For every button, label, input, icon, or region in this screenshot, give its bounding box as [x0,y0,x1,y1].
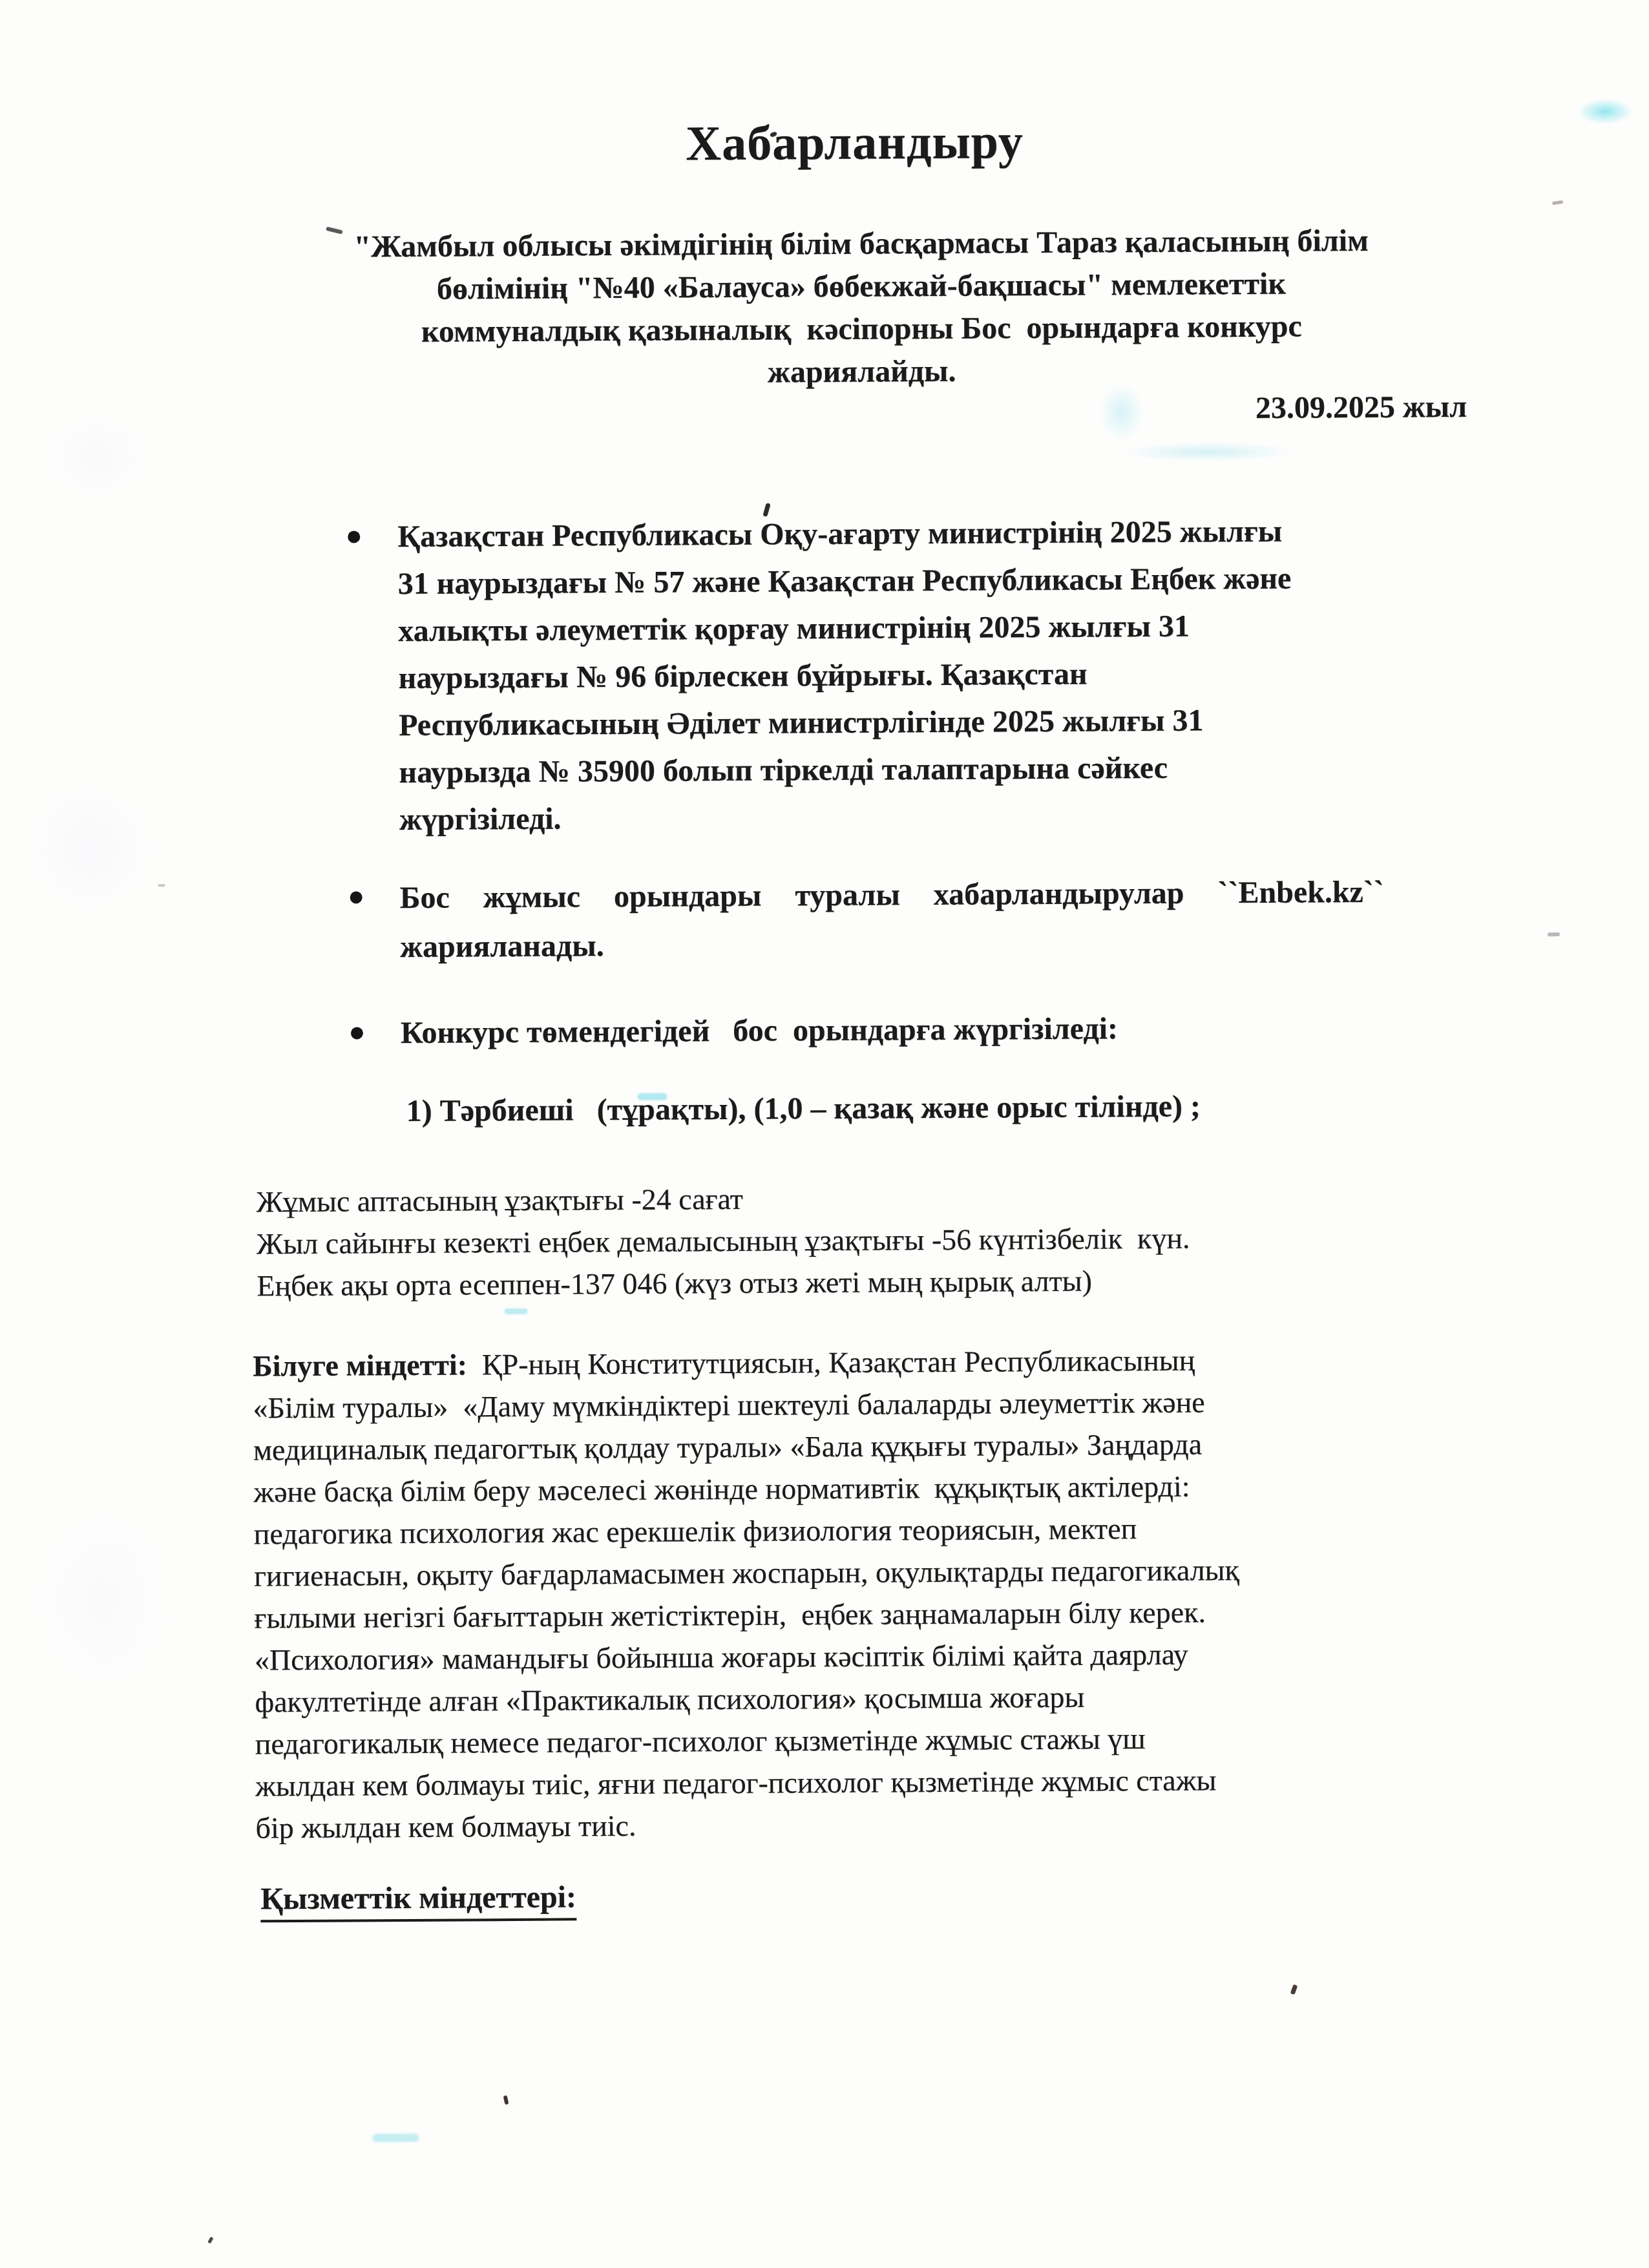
bullet-icon [351,1027,363,1039]
scan-artifact-speck [1290,1984,1298,1995]
scanned-document-page: Хабарландыру "Жамбыл облысы әкімдігінің … [0,0,1649,2268]
requirements-label: Білуге міндетті: [253,1348,467,1382]
bullet-text: Бос жұмыс орындары туралы хабарландырула… [399,867,1473,972]
intro-line: коммуналдық қазыналық кәсіпорны Бос орын… [241,304,1482,355]
requirements-line: «Білім туралы» «Даму мүмкіндіктері шекте… [253,1379,1519,1429]
bullet-icon [350,891,362,903]
requirements-line: Білуге міндетті: ҚР-ның Конститутциясын,… [253,1337,1519,1387]
bullet-line: Қазақстан Республикасы Оқу-ағарту минист… [397,507,1470,560]
bullet-icon [348,530,360,543]
bullet-line: халықты әлеуметтік қорғау министрінің 20… [398,601,1471,655]
scan-artifact-speck [1548,932,1560,936]
scan-artifact-speck [1552,200,1564,205]
scan-artifact-shading [41,411,152,502]
bullet-line: Бос жұмыс орындары туралы хабарландырула… [399,867,1472,923]
intro-line: "Жамбыл облысы әкімдігінің білім басқарм… [240,219,1481,269]
bullet-line: Республикасының Әділет министрлігінде 20… [399,695,1471,749]
bullet-item-joint-order: Қазақстан Республикасы Оқу-ағарту минист… [348,507,1472,844]
requirements-intro-rest: ҚР-ның Конститутциясын, Қазақстан Респуб… [467,1344,1195,1381]
bullet-line: наурыздағы № 96 бірлескен бұйрығы. Қазақ… [398,648,1471,702]
bullet-item-enbek-publication: Бос жұмыс орындары туралы хабарландырула… [350,867,1473,972]
vacancy-position-line: 1) Тәрбиеші (тұрақты), (1,0 – қазақ және… [406,1088,1201,1129]
document-content: Хабарландыру "Жамбыл облысы әкімдігінің … [0,0,1649,2268]
requirements-line: педагогикалық немесе педагог-психолог қы… [255,1715,1521,1765]
scan-artifact-cyan-smudge [372,2134,419,2142]
requirements-line: педагогика психология жас ерекшелік физи… [254,1505,1520,1555]
requirements-line: жылдан кем болмауы тиіс, яғни педагог-пс… [255,1757,1522,1807]
work-conditions: Жұмыс аптасының ұзақтығы -24 сағат Жыл с… [256,1173,1549,1307]
requirements-line: гигиенасын, оқыту бағдарламасымен жоспар… [254,1547,1520,1597]
bullet-text: Қазақстан Республикасы Оқу-ағарту минист… [397,507,1472,843]
bullet-line: наурызда № 35900 болып тіркелді талаптар… [399,742,1471,796]
scan-artifact-speck [207,2236,213,2243]
scan-artifact-speck [503,2095,509,2105]
scan-artifact-cyan-smudge [1124,442,1292,463]
duties-section-heading: Қызметтік міндеттері: [260,1879,576,1922]
requirements-line: «Психология» мамандығы бойынша жоғары кә… [255,1631,1521,1681]
bullet-line: жарияланады. [400,916,1473,972]
bullet-line: жүргізіледі. [399,790,1472,843]
requirements-line: ғылыми негізгі бағыттарын жетістіктерін,… [254,1589,1520,1639]
scan-artifact-cyan-smudge [505,1308,528,1314]
scan-artifact-shading [26,1500,176,1701]
intro-line: бөлімінің "№40 «Балауса» бөбекжай-бақшас… [241,262,1482,312]
requirements-line: бір жылдан кем болмауы тиіс. [255,1799,1522,1849]
document-title: Хабарландыру [65,110,1643,176]
bullet-line: Конкурс төмендегідей бос орындарға жүргі… [401,1003,1473,1056]
document-date: 23.09.2025 жыл [242,389,1467,432]
bullet-line: 31 наурыздағы № 57 және Қазақстан Респуб… [398,554,1471,607]
bullet-text: Конкурс төмендегідей бос орындарға жүргі… [401,1003,1473,1056]
condition-line: Жұмыс аптасының ұзақтығы -24 сағат [256,1173,1548,1223]
bullet-item-contest-positions: Конкурс төмендегідей бос орындарға жүргі… [351,1003,1473,1057]
intro-paragraph: "Жамбыл облысы әкімдігінің білім басқарм… [240,219,1482,397]
condition-line: Жыл сайынғы кезекті еңбек демалысының ұз… [257,1215,1549,1265]
scan-artifact-shading [22,776,158,919]
condition-line: Еңбек ақы орта есеппен-137 046 (жүз отыз… [257,1257,1549,1307]
knowledge-requirements: Білуге міндетті: ҚР-ның Конститутциясын,… [253,1337,1522,1849]
scan-artifact-speck [158,884,165,887]
requirements-line: және басқа білім беру мәселесі жөнінде н… [253,1463,1520,1513]
requirements-line: факултетінде алған «Практикалық психолог… [255,1673,1521,1723]
requirements-line: медициналық педагогтық қолдау туралы» «Б… [253,1421,1520,1471]
